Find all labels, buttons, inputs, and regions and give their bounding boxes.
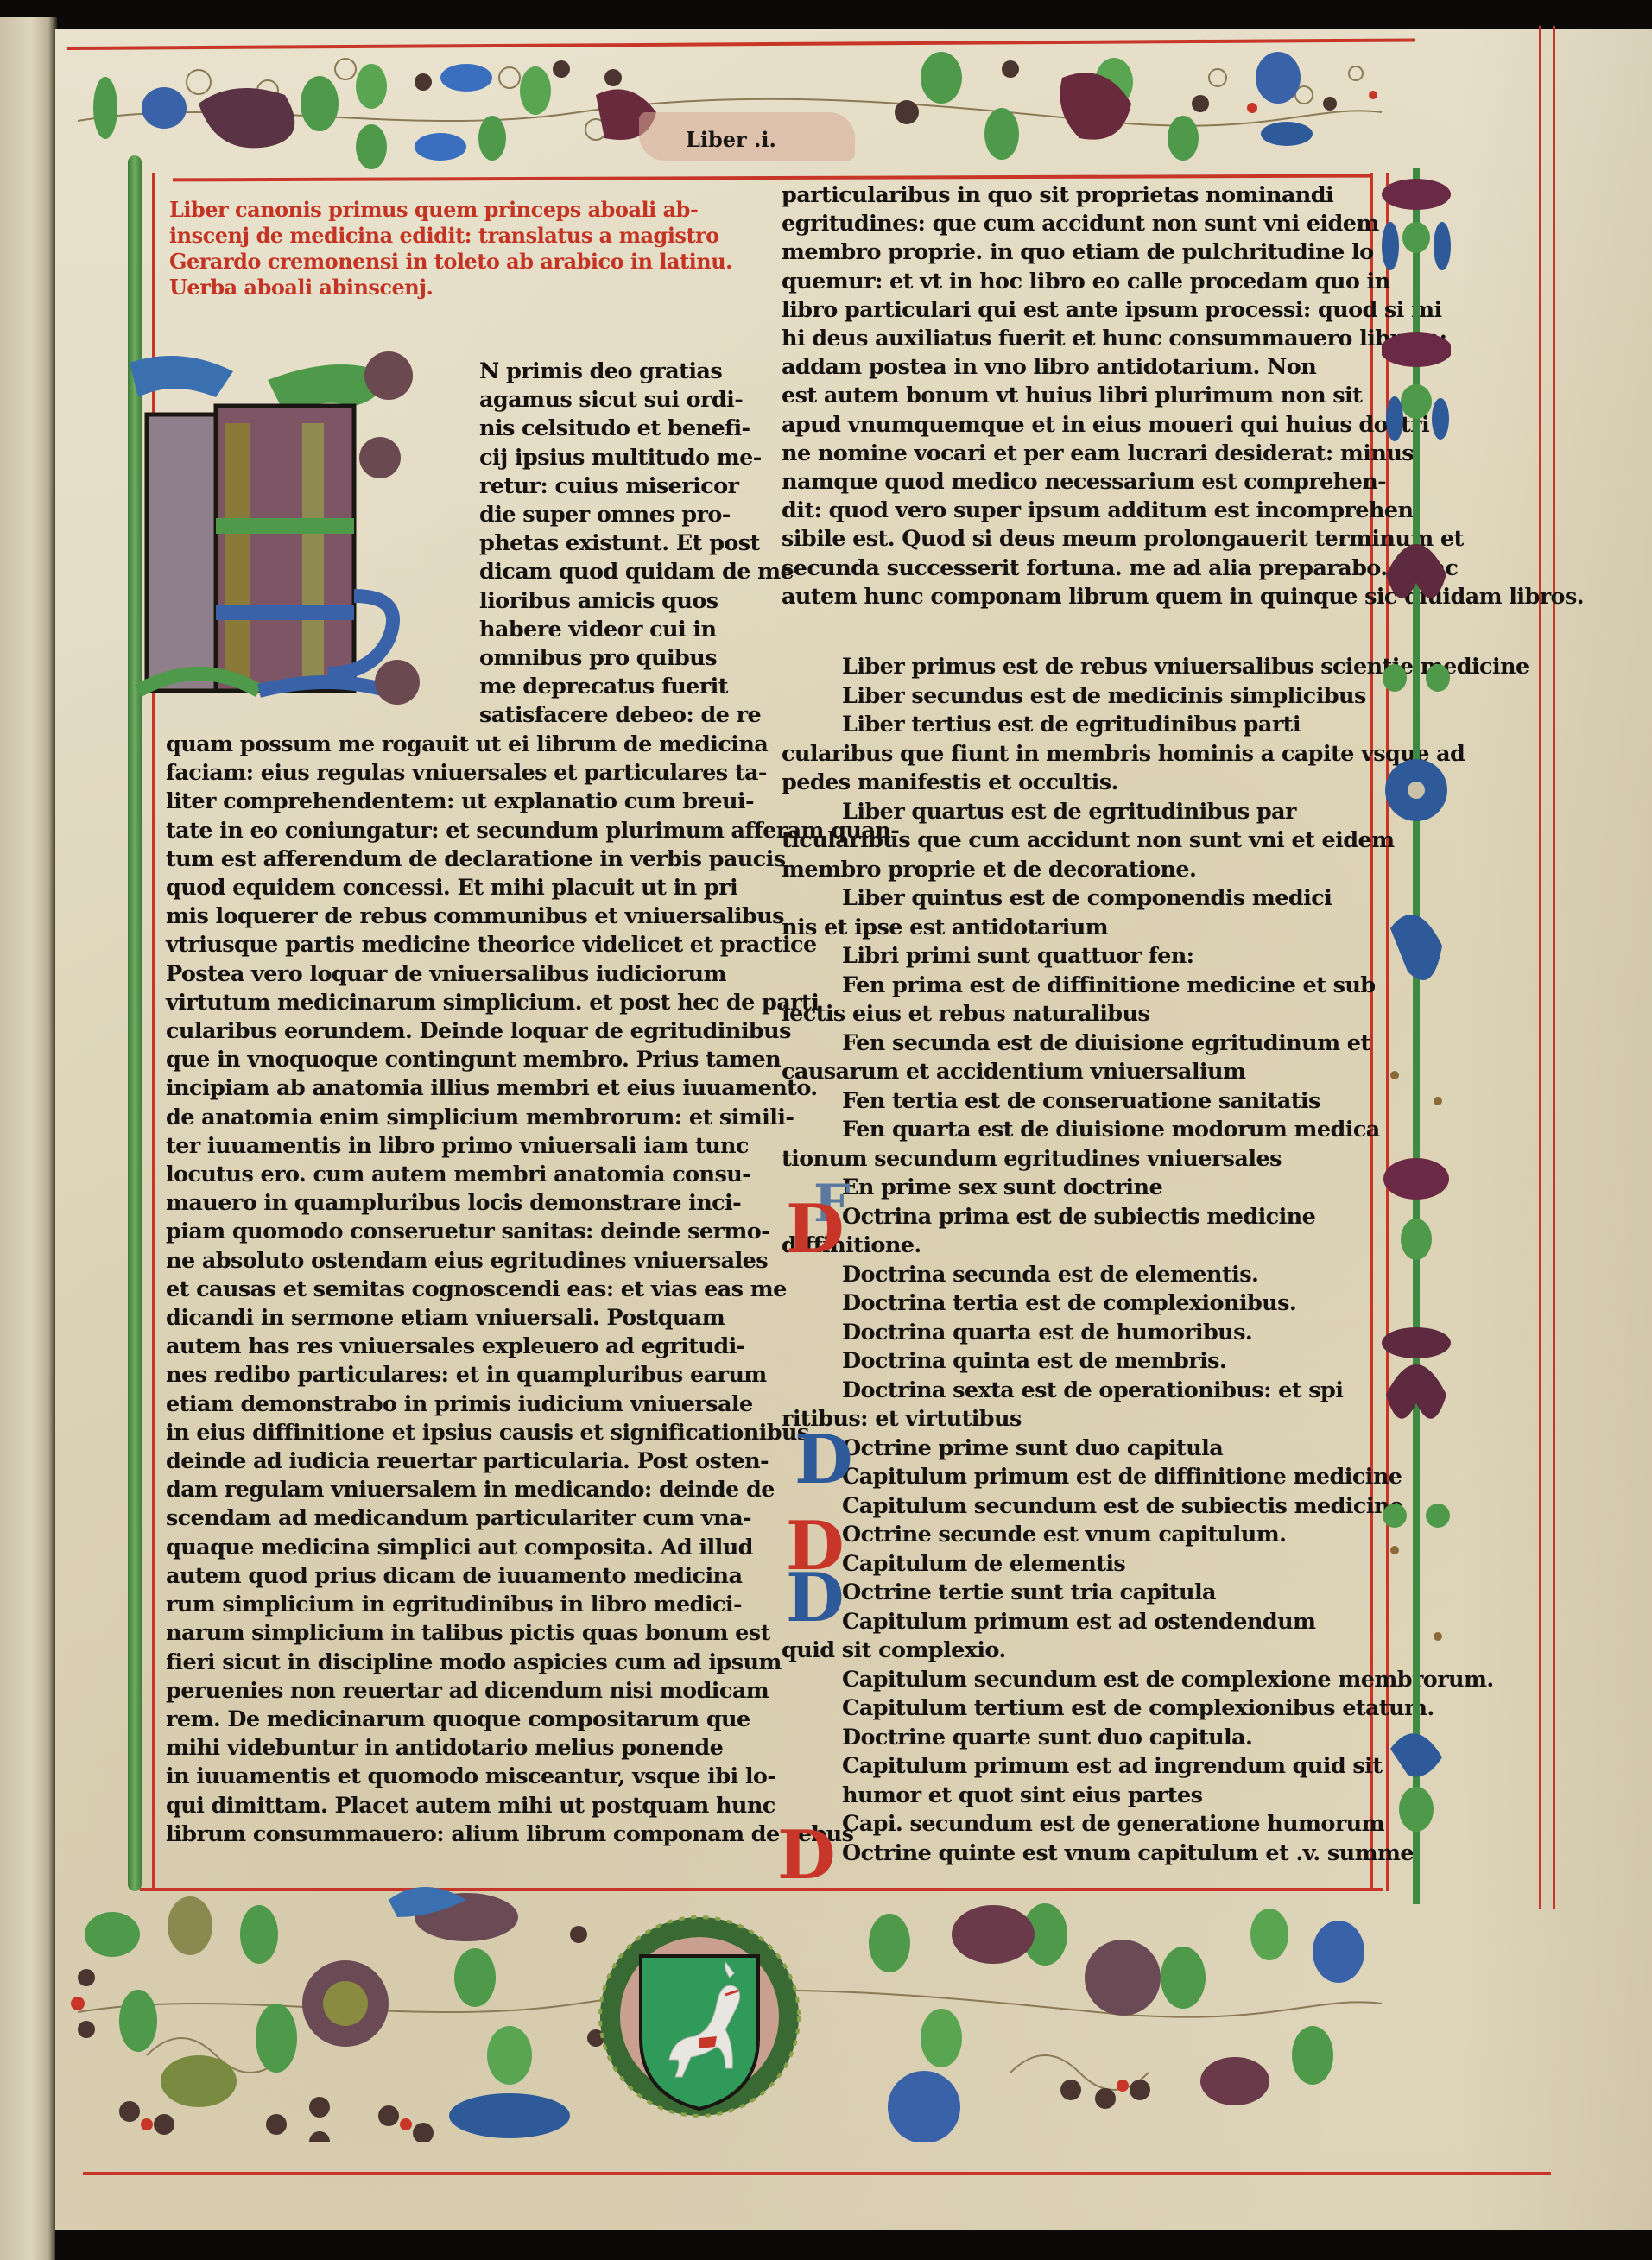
text-line: deinde ad iudicia reuertar particularia.… [166, 1447, 739, 1476]
text-line: phetas existunt. Et post [479, 529, 738, 558]
right-floral-border [1382, 168, 1451, 1904]
text-line: ter iuuamentis in libro primo vniuersali… [166, 1132, 739, 1161]
text-line: in eius diffinitione et ipsius causis et… [166, 1419, 739, 1447]
frame-rule-right-outer [1539, 26, 1541, 1909]
text-line: mauero in quampluribus locis demonstrare… [166, 1189, 739, 1218]
text-line: fieri sicut in discipline modo aspicies … [166, 1649, 739, 1677]
text-line: die super omnes pro- [479, 501, 738, 529]
contents-entry: Liber secundus est de medicinis simplici… [782, 682, 1369, 712]
painted-initial-D-blue-icon: D [786, 1565, 845, 1632]
contents-entry: humor et quot sint eius partes [782, 1782, 1369, 1811]
contents-entry: Doctrina secunda est de elementis. [782, 1261, 1369, 1290]
contents-entry: quid sit complexio. [782, 1636, 1369, 1666]
text-line: virtutum medicinarum simplicium. et post… [166, 989, 739, 1017]
table-of-contents: Liber primus est de rebus vniuersalibus … [782, 653, 1369, 1868]
text-line: etiam demonstrabo in primis iudicium vni… [166, 1390, 739, 1419]
contents-entry: Doctrine quarte sunt duo capitula. [782, 1724, 1369, 1753]
text-line: nis celsitudo et benefi- [479, 415, 738, 443]
contents-entry: Liber quintus est de componendis medici [782, 884, 1369, 914]
text-line: N primis deo gratias [479, 358, 738, 386]
contents-entry: Octrina prima est de subiectis medicine [782, 1203, 1369, 1232]
text-line: rum simplicium in egritudinibus in libro… [166, 1591, 739, 1619]
contents-entry: Capitulum secundum est de subiectis medi… [782, 1492, 1369, 1522]
rubric-line: Gerardo cremonensi in toleto ab arabico … [169, 249, 765, 275]
text-line: faciam: eius regulas vniuersales et part… [166, 759, 739, 788]
left-column-body: quam possum me rogauit ut ei librum de m… [166, 731, 739, 1849]
book-spread: Liber .i. Liber canonis primus quem prin… [0, 0, 1652, 2260]
contents-entry: En prime sex sunt doctrine [782, 1174, 1369, 1203]
text-line: est autem bonum vt huius libri plurimum … [782, 382, 1369, 410]
contents-entry: ticularibus que cum accidunt non sunt vn… [782, 826, 1369, 856]
text-line: dam regulam vniuersalem in medicando: de… [166, 1476, 739, 1504]
contents-entry: Liber primus est de rebus vniuersalibus … [782, 653, 1369, 682]
text-line: incipiam ab anatomia illius membri et ei… [166, 1074, 739, 1103]
painted-initial-D-red-icon: D [777, 1822, 836, 1890]
text-line: liter comprehendentem: ut explanatio cum… [166, 788, 739, 816]
contents-entry: Capitulum primum est de diffinitione med… [782, 1463, 1369, 1492]
painted-initial-D-red-icon: D [786, 1196, 845, 1263]
text-line: agamus sicut sui ordi- [479, 386, 738, 415]
text-line: librum consummauero: alium librum compon… [166, 1820, 739, 1849]
rubric-line: Liber canonis primus quem princeps aboal… [169, 197, 765, 223]
text-line: egritudines: que cum accidunt non sunt v… [782, 210, 1369, 238]
contents-entry: Capi. secundum est de generatione humoru… [782, 1810, 1369, 1839]
text-line: sibile est. Quod si deus meum prolongaue… [782, 525, 1369, 554]
text-line: que in vnoquoque contingunt membro. Priu… [166, 1046, 739, 1074]
contents-entry: Capitulum tertium est de complexionibus … [782, 1694, 1369, 1724]
text-line: quam possum me rogauit ut ei librum de m… [166, 731, 739, 759]
text-line: lioribus amicis quos [479, 587, 738, 616]
running-title: Liber .i. [686, 127, 776, 152]
text-line: autem hunc componam librum quem in quinq… [782, 583, 1369, 611]
contents-entry: Fen prima est de diffinitione medicine e… [782, 972, 1369, 1001]
contents-entry: Octrine tertie sunt tria capitula [782, 1579, 1369, 1608]
text-line: de anatomia enim simplicium membrorum: e… [166, 1104, 739, 1132]
contents-entry: Doctrina sexta est de operationibus: et … [782, 1377, 1369, 1406]
contents-entry: Octrine quinte est vnum capitulum et .v.… [782, 1839, 1369, 1869]
illuminated-initial-icon [130, 345, 423, 708]
text-line: dicandi in sermone etiam vniuersali. Pos… [166, 1304, 739, 1333]
contents-entry: Octrine prime sunt duo capitula [782, 1434, 1369, 1464]
text-line: cij ipsius multitudo me- [479, 444, 738, 472]
coat-of-arms-icon [596, 1909, 803, 2124]
contents-entry: cularibus que fiunt in membris hominis a… [782, 740, 1369, 769]
text-line: quemur: et vt in hoc libro eo calle proc… [782, 268, 1369, 296]
text-line: secunda successerit fortuna. me ad alia … [782, 554, 1369, 583]
contents-entry: Doctrina tertia est de complexionibus. [782, 1289, 1369, 1319]
text-line: tum est afferendum de declaratione in ve… [166, 845, 739, 874]
contents-entry: Capitulum de elementis [782, 1550, 1369, 1579]
contents-entry: Doctrina quinta est de membris. [782, 1347, 1369, 1377]
contents-entry: pedes manifestis et occultis. [782, 769, 1369, 798]
contents-entry: Doctrina quarta est de humoribus. [782, 1319, 1369, 1348]
text-line: quod equidem concessi. Et mihi placuit u… [166, 874, 739, 902]
right-column-prose: particularibus in quo sit proprietas nom… [782, 181, 1369, 611]
contents-entry: Liber quartus est de egritudinibus par [782, 798, 1369, 827]
text-line: omnibus pro quibus [479, 644, 738, 673]
painted-initial-D-blue-icon: D [794, 1427, 853, 1494]
text-line: nes redibo particulares: et in quampluri… [166, 1361, 739, 1390]
text-line: quaque medicina simplici aut composita. … [166, 1534, 739, 1562]
contents-entry: causarum et accidentium vniuersalium [782, 1058, 1369, 1087]
contents-entry: diffinitione. [782, 1231, 1369, 1261]
text-line: libro particulari qui est ante ipsum pro… [782, 296, 1369, 325]
frame-rule-right-outer2 [1553, 26, 1555, 1909]
contents-entry: nis et ipse est antidotarium [782, 914, 1369, 943]
text-line: mihi videbuntur in antidotario melius po… [166, 1734, 739, 1763]
text-line: mis loquerer de rebus communibus et vniu… [166, 902, 739, 931]
text-line: me deprecatus fuerit [479, 673, 738, 701]
text-line: piam quomodo conseruetur sanitas: deinde… [166, 1218, 739, 1246]
contents-entry: ritibus: et virtutibus [782, 1405, 1369, 1434]
contents-entry: Fen tertia est de conseruatione sanitati… [782, 1087, 1369, 1117]
contents-entry: Capitulum primum est ad ingrendum quid s… [782, 1752, 1369, 1782]
text-line: scendam ad medicandum particulariter cum… [166, 1504, 739, 1533]
text-line: namque quod medico necessarium est compr… [782, 468, 1369, 497]
text-line: hi deus auxiliatus fuerit et hunc consum… [782, 325, 1369, 353]
text-line: particularibus in quo sit proprietas nom… [782, 181, 1369, 210]
text-line: addam postea in vno libro antidotarium. … [782, 353, 1369, 382]
contents-entry: Capitulum primum est ad ostendendum [782, 1608, 1369, 1637]
text-line: vtriusque partis medicine theorice videl… [166, 931, 739, 959]
contents-entry: membro proprie et de decoratione. [782, 856, 1369, 885]
rubric-line: Uerba aboali abinscenj. [169, 275, 765, 301]
text-line: cularibus eorundem. Deinde loquar de egr… [166, 1017, 739, 1046]
text-line: satisfacere debeo: de re [479, 701, 738, 730]
page-margin-right [1459, 29, 1652, 2230]
text-line: autem quod prius dicam de iuuamento medi… [166, 1562, 739, 1591]
text-line: ne absoluto ostendam eius egritudines vn… [166, 1247, 739, 1276]
contents-entry: Liber tertius est de egritudinibus parti [782, 711, 1369, 740]
rubric-heading: Liber canonis primus quem princeps aboal… [169, 197, 765, 301]
contents-entry: Fen quarta est de diuisione modorum medi… [782, 1116, 1369, 1145]
page-bottom-shadow [55, 2230, 1652, 2260]
left-column-opening: N primis deo gratias agamus sicut sui or… [479, 358, 738, 731]
contents-entry: Fen secunda est de diuisione egritudinum… [782, 1029, 1369, 1059]
text-line: retur: cuius misericor [479, 472, 738, 501]
contents-entry: tionum secundum egritudines vniuersales [782, 1145, 1369, 1174]
frame-rule-bottom [83, 2172, 1551, 2175]
text-line: apud vnumquemque et in eius moueri qui h… [782, 411, 1369, 440]
text-line: dicam quod quidam de me [479, 558, 738, 586]
text-line: locutus ero. cum autem membri anatomia c… [166, 1161, 739, 1189]
contents-entry: Capitulum secundum est de complexione me… [782, 1666, 1369, 1695]
text-line: autem has res vniuersales expleuero ad e… [166, 1333, 739, 1361]
text-line: et causas et semitas cognoscendi eas: et… [166, 1276, 739, 1304]
text-line: rem. De medicinarum quoque compositarum … [166, 1706, 739, 1734]
text-line: in iuuamentis et quomodo misceantur, vsq… [166, 1763, 739, 1791]
text-line: ne nomine vocari et per eam lucrari desi… [782, 440, 1369, 468]
text-line: dit: quod vero super ipsum additum est i… [782, 497, 1369, 525]
contents-entry: Octrine secunde est vnum capitulum. [782, 1521, 1369, 1550]
contents-entry: iectis eius et rebus naturalibus [782, 1000, 1369, 1029]
text-line: Postea vero loquar de vniuersalibus iudi… [166, 960, 739, 989]
text-line: peruenies non reuertar ad dicendum nisi … [166, 1677, 739, 1706]
rubric-line: inscenj de medicina edidit: translatus a… [169, 223, 765, 249]
text-line: tate in eo coniungatur: et secundum plur… [166, 817, 739, 845]
text-line: habere videor cui in [479, 616, 738, 644]
text-line: narum simplicium in talibus pictis quas … [166, 1619, 739, 1648]
text-line: qui dimittam. Placet autem mihi ut postq… [166, 1792, 739, 1820]
contents-entry: Libri primi sunt quattuor fen: [782, 942, 1369, 972]
text-line: membro proprie. in quo etiam de pulchrit… [782, 238, 1369, 267]
previous-page-edge [0, 17, 57, 2260]
